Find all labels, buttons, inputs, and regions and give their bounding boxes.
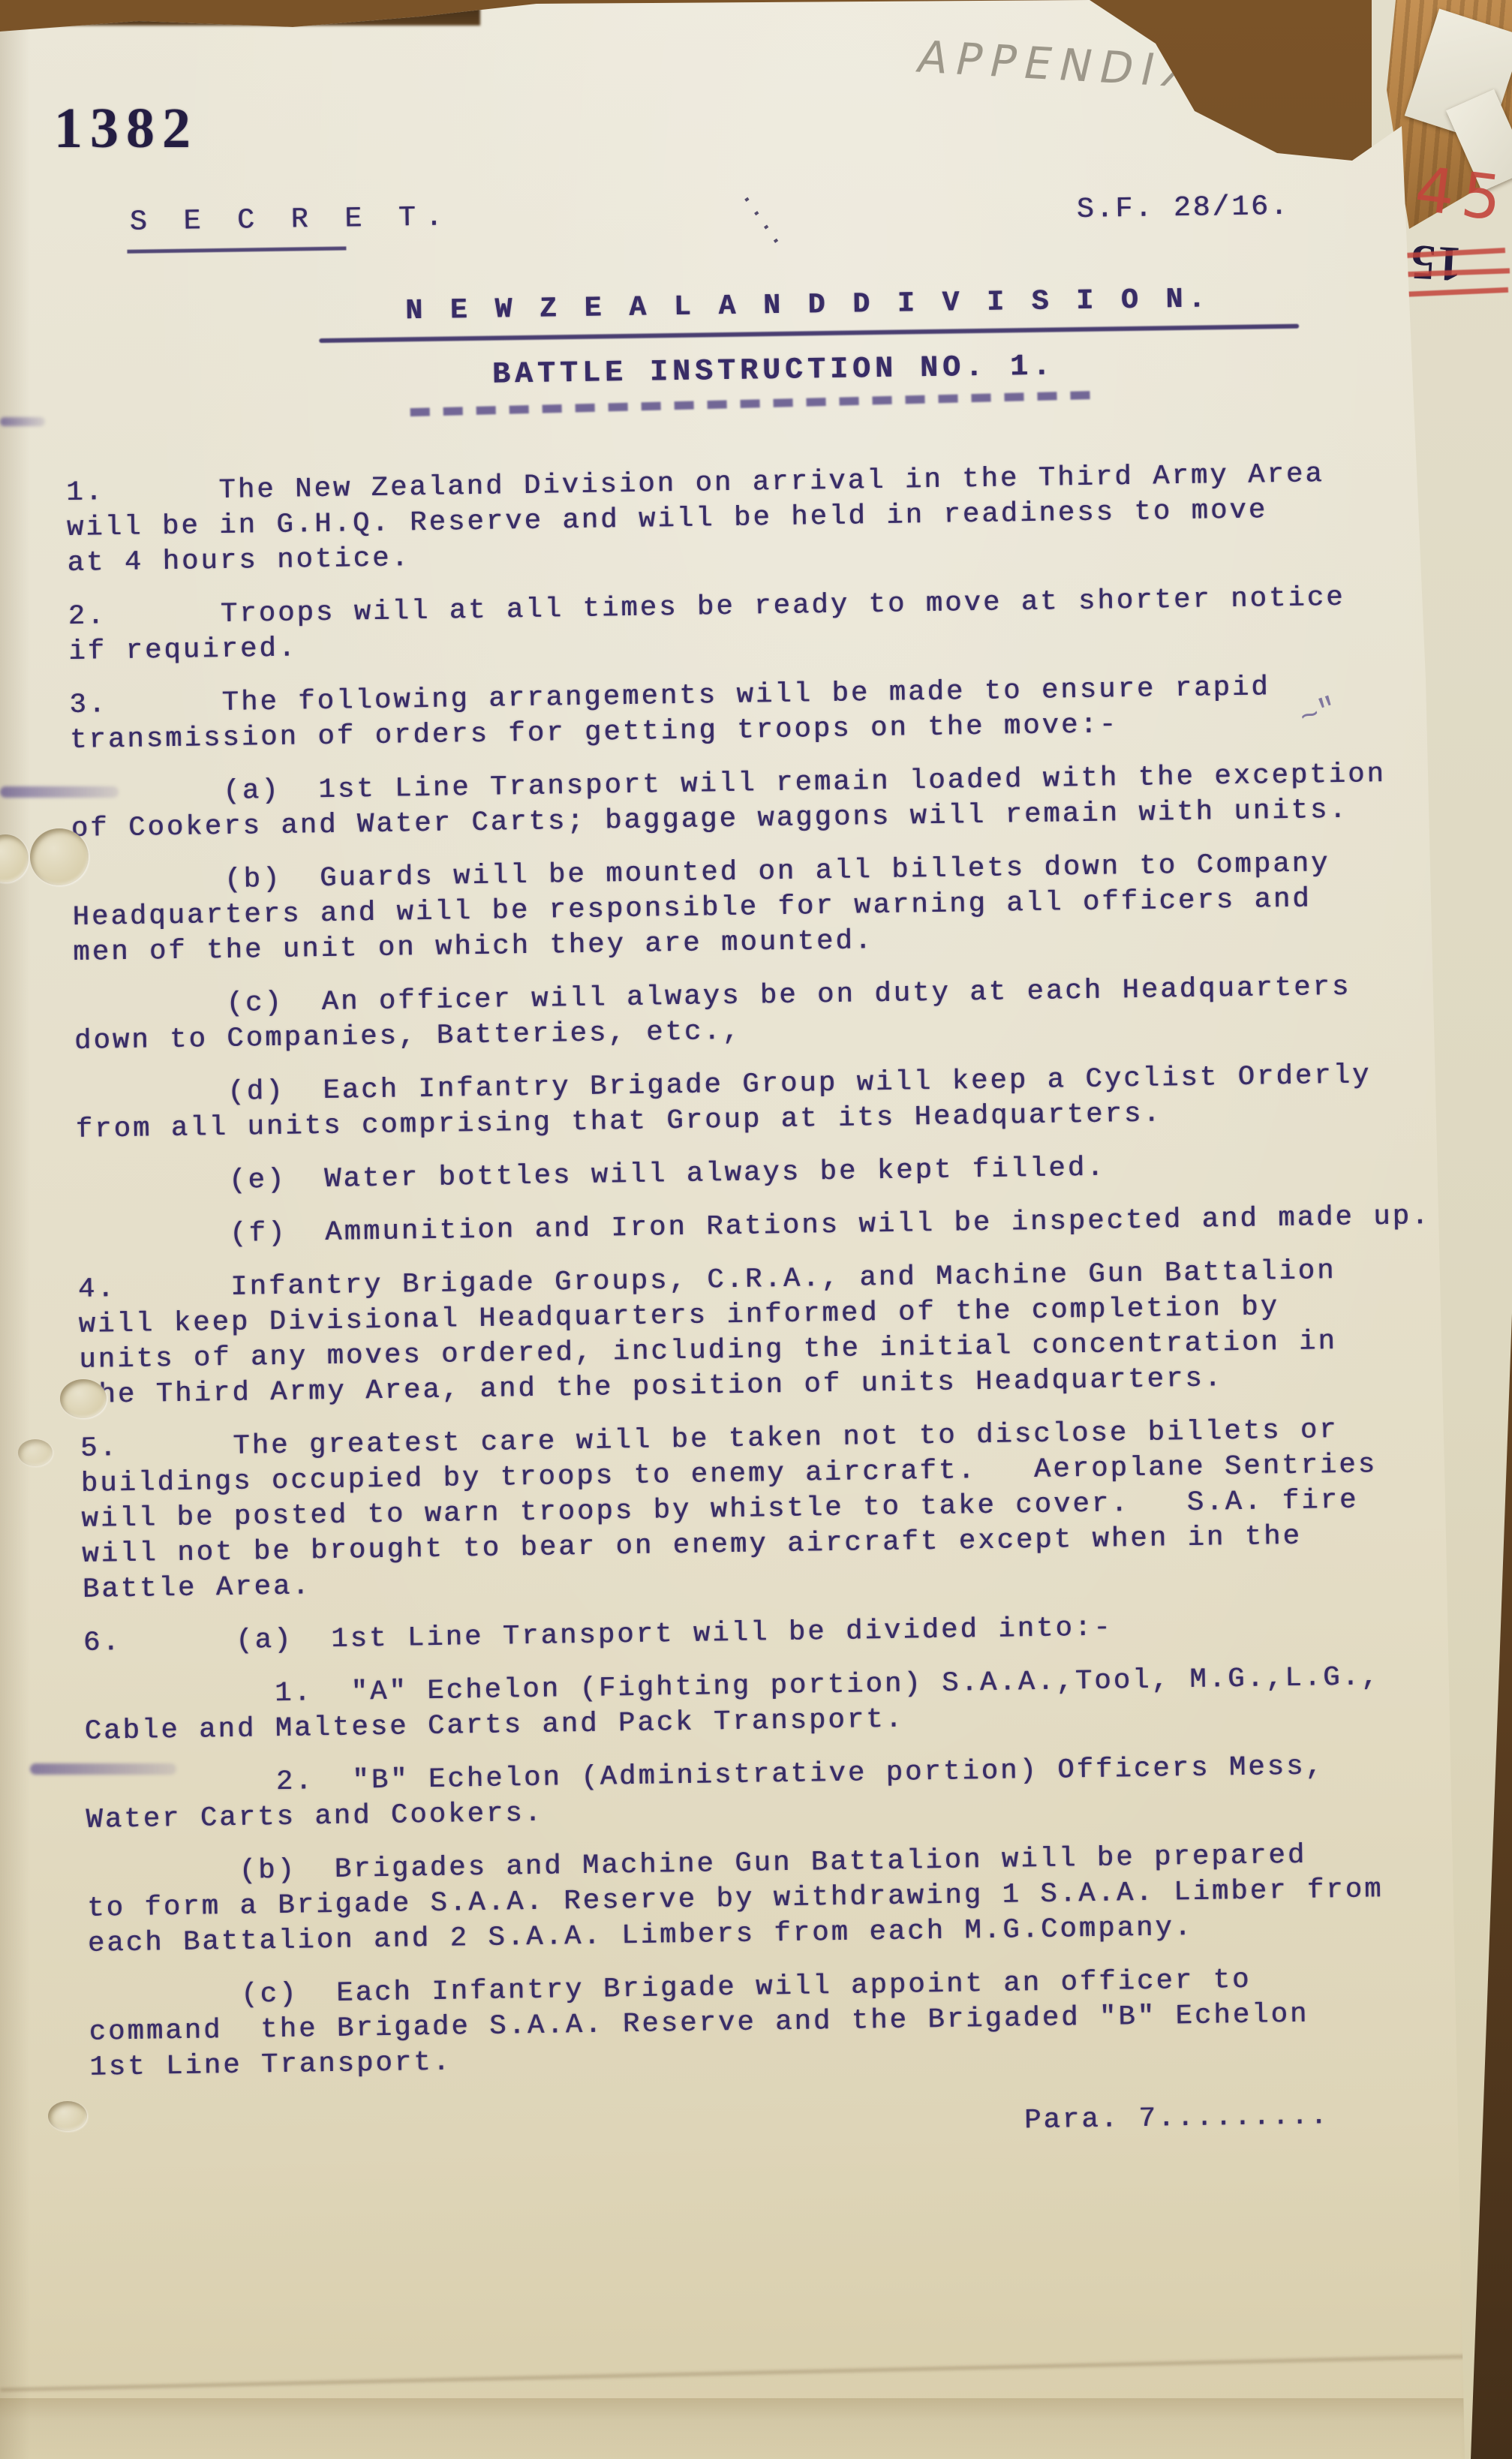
- title-underline: [319, 324, 1299, 343]
- scanned-document: 45 15 1382 APPENDIX 5. 35 .... S E C R E…: [0, 0, 1512, 2459]
- para-5: 5. The greatest care will be taken not t…: [80, 1411, 1460, 1608]
- classification-underline: [127, 246, 346, 253]
- classification-label: S E C R E T.: [130, 201, 452, 238]
- document-subtitle: BATTLE INSTRUCTION NO. 1.: [395, 349, 1153, 394]
- para-3b: (b) Guards will be mounted on all billet…: [72, 845, 1451, 971]
- para-3d: (d) Each Infantry Brigade Group will kee…: [75, 1057, 1453, 1148]
- typed-layer: S E C R E T. S.F. 28/16. N E W Z E A L A…: [0, 0, 1512, 2459]
- para-4: 4. Infantry Brigade Groups, C.R.A., and …: [78, 1252, 1458, 1414]
- continuation-note: Para. 7.........: [90, 2097, 1468, 2153]
- para-3f: (f) Ammunition and Iron Rations will be …: [77, 1199, 1455, 1255]
- punch-hole: [60, 1379, 107, 1418]
- appendix-number-handwriting: 5.: [1204, 67, 1252, 127]
- bottom-fold-shadow: [0, 2398, 1512, 2459]
- document-body: 1. The New Zealand Division on arrival i…: [66, 455, 1468, 2171]
- punch-hole: [48, 2101, 87, 2131]
- para-3: 3. The following arrangements will be ma…: [69, 668, 1447, 759]
- punch-hole: [30, 828, 89, 885]
- page-number-stamp: 35: [1239, 11, 1297, 69]
- para-2: 2. Troops will at all times be ready to …: [68, 579, 1446, 670]
- para-3e: (e) Water bottles will always be kept fi…: [77, 1146, 1454, 1201]
- para-6: 6. (a) 1st Line Transport will be divide…: [83, 1606, 1461, 1661]
- para-6c: (c) Each Infantry Brigade will appoint a…: [89, 1960, 1468, 2086]
- reference-number: S.F. 28/16.: [1076, 191, 1289, 226]
- para-1: 1. The New Zealand Division on arrival i…: [66, 455, 1445, 582]
- document-page: 1382 APPENDIX 5. 35 .... S E C R E T. S.…: [0, 0, 1512, 2459]
- para-3c: (c) An officer will always be on duty at…: [74, 969, 1452, 1060]
- ink-smear: [30, 1763, 176, 1775]
- ink-smear: [0, 786, 119, 798]
- document-title: N E W Z E A L A N D D I V I S I O N.: [312, 282, 1303, 329]
- para-6a2: 2. "B" Echelon (Administrative portion) …: [85, 1748, 1463, 1838]
- red-page-number: 45: [1411, 154, 1512, 236]
- ink-smear: [0, 417, 45, 426]
- punch-hole: [18, 1439, 53, 1466]
- para-3a: (a) 1st Line Transport will remain loade…: [71, 756, 1449, 847]
- subtitle-smudged-underline: [410, 391, 1095, 416]
- para-6a1: 1. "A" Echelon (Fighting portion) S.A.A.…: [84, 1659, 1462, 1750]
- para-6b: (b) Brigades and Machine Gun Battalion w…: [86, 1836, 1465, 1962]
- crossed-out-number: 15: [1408, 233, 1463, 293]
